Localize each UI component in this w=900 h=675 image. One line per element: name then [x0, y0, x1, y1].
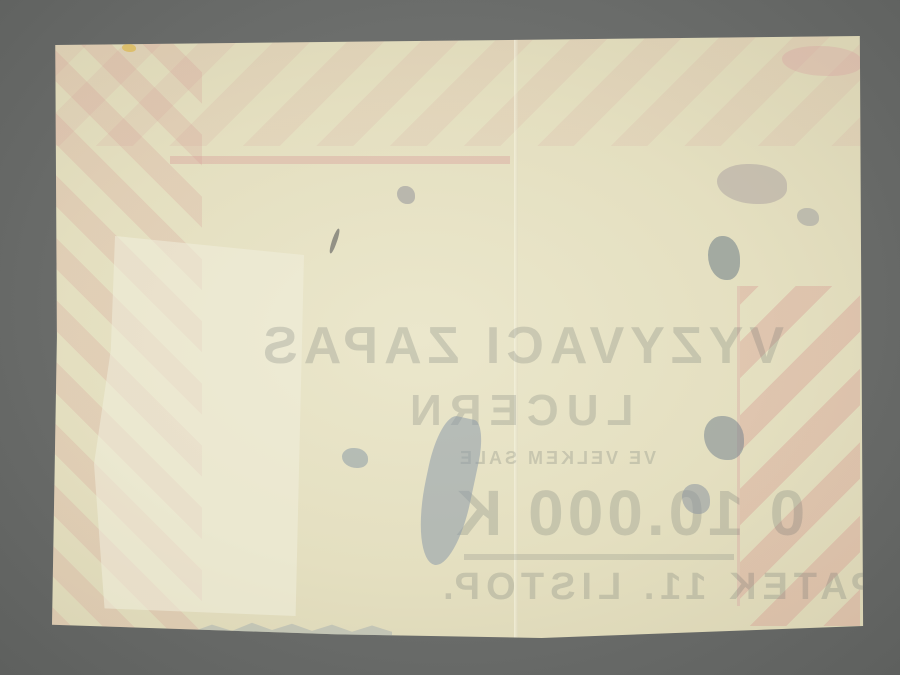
mirrored-rule — [464, 554, 734, 560]
mirrored-text-headline: VYZYVACI ZAPAS — [257, 316, 784, 376]
mirrored-text-date: PATEK 11. LISTOP. — [437, 566, 868, 609]
faded-red-band — [170, 156, 510, 164]
stain — [717, 164, 787, 204]
stain — [397, 186, 415, 204]
poster-back: VYZYVACI ZAPAS LUCERN VE VELKEM SALE 0 1… — [52, 36, 868, 638]
stain — [797, 208, 819, 226]
stain — [708, 236, 740, 280]
paper-repair-patch — [94, 236, 304, 616]
mirrored-text-venue: LUCERN — [402, 386, 633, 436]
stain — [122, 44, 136, 52]
stain — [704, 416, 744, 460]
mirrored-text-hall: VE VELKEM SALE — [457, 448, 656, 469]
stain — [342, 448, 368, 468]
stain — [328, 228, 342, 254]
mirrored-text-prize: 0 10.000 K — [452, 476, 805, 550]
